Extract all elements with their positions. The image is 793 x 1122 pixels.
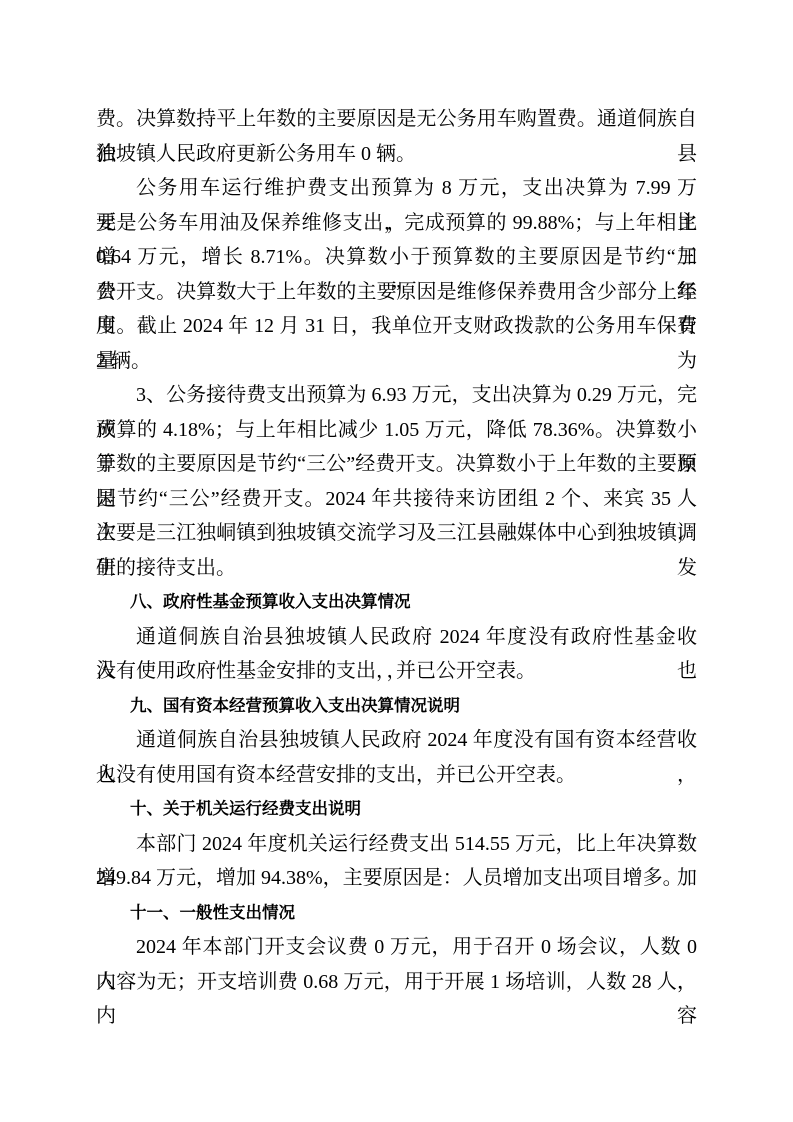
para-agency-operating-expense: 本部门 2024 年度机关运行经费支出 514.55 万元，比上年决算数增加24… (96, 827, 697, 896)
text-line: 算数的主要原因是节约“三公”经费开支。决算数小于上年数的主要原因 (96, 447, 697, 482)
para-vehicle-maintenance: 公务用车运行维护费支出预算为 8 万元，支出决算为 7.99 万元，主要是公务车… (96, 171, 697, 378)
text-line: 249.84 万元，增加 94.38%，主要原因是：人员增加支出项目增多。 (96, 861, 697, 896)
heading-line: 十一、一般性支出情况 (96, 896, 697, 931)
para-state-capital: 通道侗族自治县独坡镇人民政府 2024 年度没有国有资本经营收入，也没有使用国有… (96, 723, 697, 792)
text-line: 是节约“三公”经费开支。2024 年共接待来访团组 2 个、来宾 35 人次， (96, 482, 697, 517)
heading-line: 八、政府性基金预算收入支出决算情况 (96, 585, 697, 620)
para-vehicle-purchase-continued: 费。决算数持平上年数的主要原因是无公务用车购置费。通道侗族自治县独坡镇人民政府更… (96, 102, 697, 171)
document-page: 费。决算数持平上年数的主要原因是无公务用车购置费。通道侗族自治县独坡镇人民政府更… (0, 0, 793, 1122)
text-line: 要是公务车用油及保养维修支出，完成预算的 99.88%；与上年相比增加 (96, 206, 697, 241)
para-general-expenditure: 2024 年本部门开支会议费 0 万元，用于召开 0 场会议，人数 0 人，内容… (96, 930, 697, 999)
para-official-reception: 3、公务接待费支出预算为 6.93 万元，支出决算为 0.29 万元，完成预算的… (96, 378, 697, 585)
text-line: 通道侗族自治县独坡镇人民政府 2024 年度没有政府性基金收入，也 (96, 620, 697, 655)
heading-section-11: 十一、一般性支出情况 (96, 896, 697, 931)
heading-section-9: 九、国有资本经营预算收入支出决算情况说明 (96, 689, 697, 724)
heading-line: 十、关于机关运行经费支出说明 (96, 792, 697, 827)
heading-section-8: 八、政府性基金预算收入支出决算情况 (96, 585, 697, 620)
heading-line: 九、国有资本经营预算收入支出决算情况说明 (96, 689, 697, 724)
text-line: 本部门 2024 年度机关运行经费支出 514.55 万元，比上年决算数增加 (96, 827, 697, 862)
text-line: 预算的 4.18%；与上年相比减少 1.05 万元，降低 78.36%。决算数小… (96, 413, 697, 448)
text-line: 通道侗族自治县独坡镇人民政府 2024 年度没有国有资本经营收入， (96, 723, 697, 758)
text-line: 内容为无；开支培训费 0.68 万元，用于开展 1 场培训，人数 28 人，内容 (96, 965, 697, 1000)
text-line: 主要是三江独峒镇到独坡镇交流学习及三江县融媒体中心到独坡镇调研发 (96, 516, 697, 551)
text-line: 0.64 万元，增长 8.71%。决算数小于预算数的主要原因是节约“三公”经 (96, 240, 697, 275)
text-line: 费。决算数持平上年数的主要原因是无公务用车购置费。通道侗族自治县 (96, 102, 697, 137)
text-line: 费开支。决算数大于上年数的主要原因是维修保养费用含少部分上年度费 (96, 275, 697, 310)
text-line: 2024 年本部门开支会议费 0 万元，用于召开 0 场会议，人数 0 人， (96, 930, 697, 965)
para-government-funds: 通道侗族自治县独坡镇人民政府 2024 年度没有政府性基金收入，也没有使用政府性… (96, 620, 697, 689)
document-body: 费。决算数持平上年数的主要原因是无公务用车购置费。通道侗族自治县独坡镇人民政府更… (96, 102, 697, 999)
text-line: 用。截止 2024 年 12 月 31 日，我单位开支财政拨款的公务用车保有量为 (96, 309, 697, 344)
text-line: 公务用车运行维护费支出预算为 8 万元，支出决算为 7.99 万元，主 (96, 171, 697, 206)
heading-section-10: 十、关于机关运行经费支出说明 (96, 792, 697, 827)
text-line: 3、公务接待费支出预算为 6.93 万元，支出决算为 0.29 万元，完成 (96, 378, 697, 413)
